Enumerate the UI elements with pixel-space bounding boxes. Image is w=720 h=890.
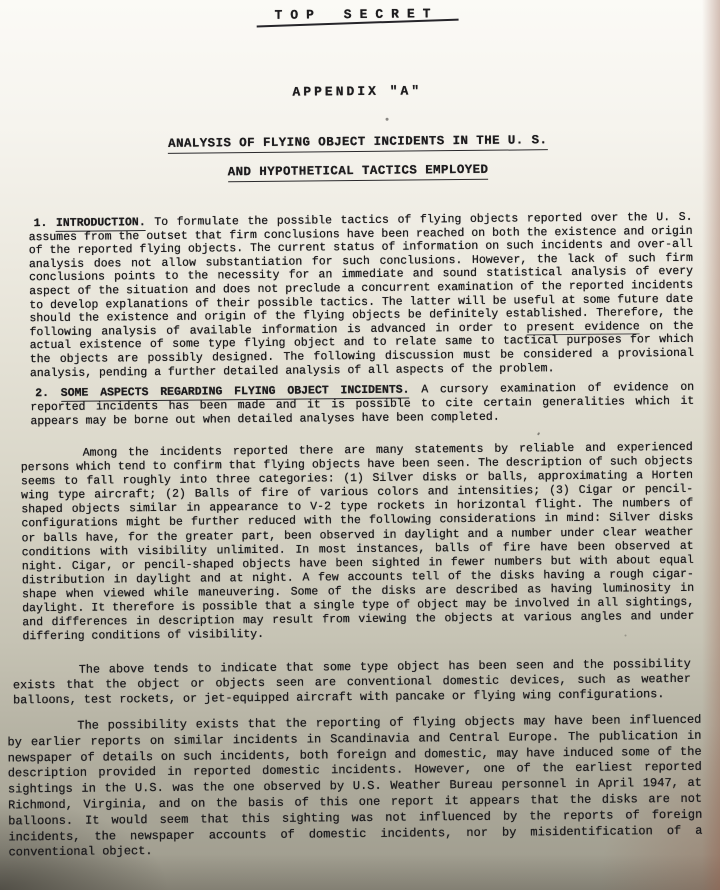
title-line-1: ANALYSIS OF FLYING OBJECT INCIDENTS IN T…	[168, 133, 547, 154]
title-line-2: AND HYPOTHETICAL TACTICS EMPLOYED	[228, 163, 489, 183]
paragraph-introduction-text-a: To formulate the possible tactics of fly…	[29, 211, 694, 339]
paragraph-introduction: 1. INTRODUCTION. To formulate the possib…	[28, 211, 694, 380]
paragraph-conventional-devices: The above tends to indicate that some ty…	[13, 657, 691, 709]
section-number-2: 2.	[35, 387, 49, 400]
paragraph-earlier-reports: The possibility exists that the reportin…	[7, 713, 702, 862]
paragraph-earlier-reports-text: The possibility exists that the reportin…	[7, 713, 702, 860]
appendix-heading: APPENDIX "A"	[0, 81, 717, 103]
classification-stamp: TOP SECRET	[0, 4, 717, 26]
paragraph-some-aspects: 2. SOME ASPECTS REGARDING FLYING OBJECT …	[30, 381, 694, 429]
paragraph-conventional-devices-text: The above tends to indicate that some ty…	[13, 657, 691, 708]
section-number-1: 1.	[33, 217, 47, 230]
paragraph-incident-categories-text: Among the incidents reported there are m…	[21, 441, 695, 644]
scan-smudge-dot	[537, 432, 540, 436]
scan-smudge-dot	[386, 118, 389, 121]
document-content: TOP SECRET APPENDIX "A" ANALYSIS OF FLYI…	[0, 0, 720, 890]
scanned-document-page: TOP SECRET APPENDIX "A" ANALYSIS OF FLYI…	[0, 0, 720, 890]
paragraph-incident-categories: Among the incidents reported there are m…	[21, 441, 695, 645]
document-title: ANALYSIS OF FLYING OBJECT INCIDENTS IN T…	[0, 129, 718, 194]
scan-smudge-dot	[625, 634, 627, 636]
